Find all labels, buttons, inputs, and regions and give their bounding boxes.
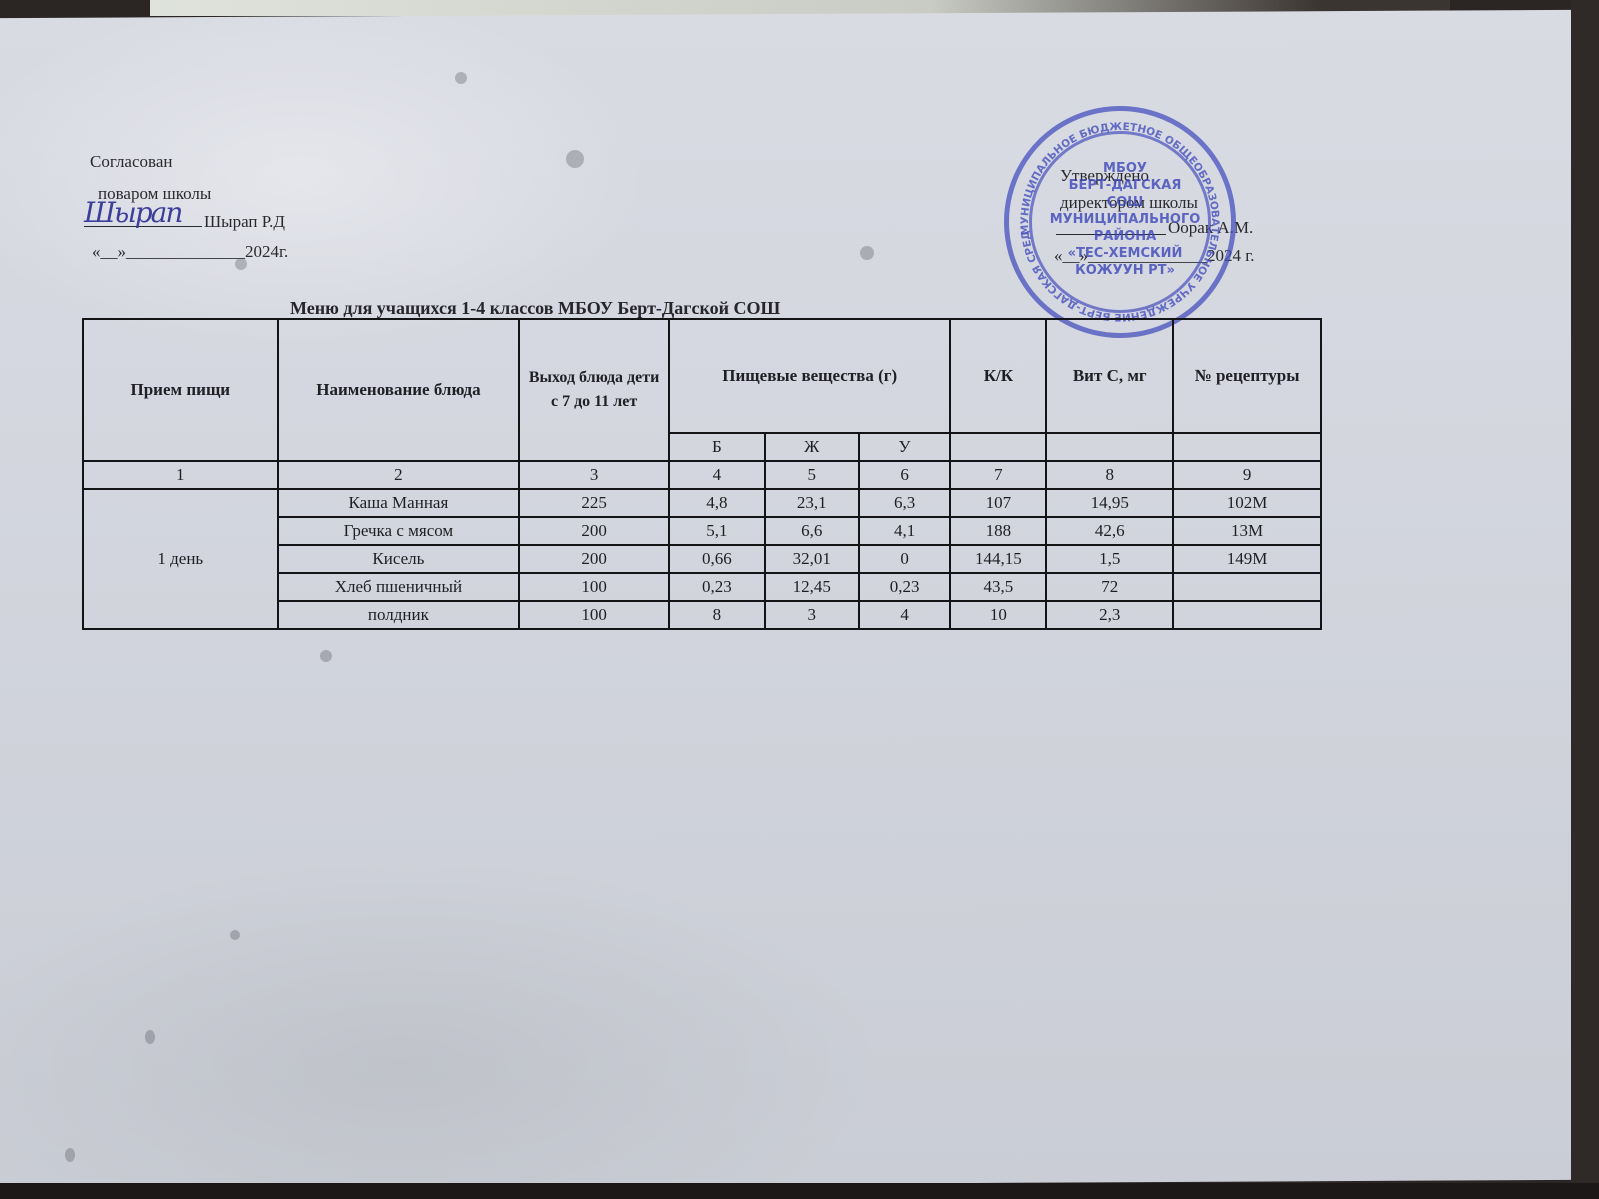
header-recipe: № рецептуры	[1173, 319, 1321, 433]
fat: 3	[765, 601, 859, 629]
agreed-date: «__»______________2024г.	[92, 242, 288, 262]
stamp-line: МУНИЦИПАЛЬНОГО	[1040, 211, 1210, 228]
column-number: 3	[519, 461, 669, 489]
subheader-empty	[1046, 433, 1173, 461]
carbs: 0	[859, 545, 951, 573]
recipe-number	[1173, 573, 1321, 601]
stamp-line: СОШ	[1040, 194, 1210, 211]
carbs: 4	[859, 601, 951, 629]
carbs: 6,3	[859, 489, 951, 517]
column-number: 8	[1046, 461, 1173, 489]
agreed-label: Согласован	[90, 152, 172, 172]
cook-name: Шырап Р.Д	[204, 212, 285, 232]
table-row: 1 день Каша Манная 225 4,8 23,1 6,3 107 …	[83, 489, 1321, 517]
fat: 32,01	[765, 545, 859, 573]
header-nutrients: Пищевые вещества (г)	[669, 319, 951, 433]
subheader-empty	[950, 433, 1046, 461]
vitamin-c: 2,3	[1046, 601, 1173, 629]
day-label: 1 день	[83, 489, 278, 629]
vitamin-c: 14,95	[1046, 489, 1173, 517]
column-number: 9	[1173, 461, 1321, 489]
cook-signature: Шырап	[84, 196, 181, 229]
column-number: 7	[950, 461, 1046, 489]
header-dish: Наименование блюда	[278, 319, 520, 461]
background-edge-bottom	[0, 1183, 1599, 1199]
protein: 0,23	[669, 573, 765, 601]
kcal: 188	[950, 517, 1046, 545]
column-number: 5	[765, 461, 859, 489]
dish-name: Кисель	[278, 545, 520, 573]
header-yield: Выход блюда дети с 7 до 11 лет	[519, 319, 669, 461]
vitamin-c: 42,6	[1046, 517, 1173, 545]
subheader-fat: Ж	[765, 433, 859, 461]
paper-spot	[320, 650, 332, 662]
recipe-number	[1173, 601, 1321, 629]
fat: 23,1	[765, 489, 859, 517]
dish-yield: 200	[519, 545, 669, 573]
stamp-line: БЕРТ-ДАГСКАЯ	[1040, 177, 1210, 194]
paper-spot	[566, 150, 584, 168]
subheader-protein: Б	[669, 433, 765, 461]
dish-yield: 225	[519, 489, 669, 517]
protein: 8	[669, 601, 765, 629]
dish-yield: 200	[519, 517, 669, 545]
subheader-carbs: У	[859, 433, 951, 461]
column-number: 4	[669, 461, 765, 489]
recipe-number: 102М	[1173, 489, 1321, 517]
dish-yield: 100	[519, 601, 669, 629]
paper-spot	[455, 72, 467, 84]
paper-spot	[860, 246, 874, 260]
dish-name: Каша Манная	[278, 489, 520, 517]
column-number: 2	[278, 461, 520, 489]
kcal: 144,15	[950, 545, 1046, 573]
column-number: 1	[83, 461, 278, 489]
menu-table: Прием пищи Наименование блюда Выход блюд…	[82, 318, 1322, 630]
stamp-line: МБОУ	[1040, 160, 1210, 177]
vitamin-c: 1,5	[1046, 545, 1173, 573]
kcal: 107	[950, 489, 1046, 517]
column-numbers-row: 1 2 3 4 5 6 7 8 9	[83, 461, 1321, 489]
kcal: 43,5	[950, 573, 1046, 601]
stamp-line: «ТЕС-ХЕМСКИЙ	[1040, 245, 1210, 262]
stamp-line: РАЙОНА	[1040, 228, 1210, 245]
recipe-number: 13М	[1173, 517, 1321, 545]
paper-spot	[230, 930, 240, 940]
dish-name: полдник	[278, 601, 520, 629]
kcal: 10	[950, 601, 1046, 629]
header-meal: Прием пищи	[83, 319, 278, 461]
header-kcal: К/К	[950, 319, 1046, 433]
vitamin-c: 72	[1046, 573, 1173, 601]
fat: 12,45	[765, 573, 859, 601]
carbs: 4,1	[859, 517, 951, 545]
header-vitc: Вит С, мг	[1046, 319, 1173, 433]
dish-name: Хлеб пшеничный	[278, 573, 520, 601]
dish-name: Гречка с мясом	[278, 517, 520, 545]
fat: 6,6	[765, 517, 859, 545]
paper-spot	[65, 1148, 75, 1162]
stamp-line: КОЖУУН РТ»	[1040, 262, 1210, 279]
dish-yield: 100	[519, 573, 669, 601]
recipe-number: 149М	[1173, 545, 1321, 573]
paper-spot	[145, 1030, 155, 1044]
carbs: 0,23	[859, 573, 951, 601]
protein: 0,66	[669, 545, 765, 573]
document-title: Меню для учащихся 1-4 классов МБОУ Берт-…	[290, 298, 780, 319]
protein: 4,8	[669, 489, 765, 517]
protein: 5,1	[669, 517, 765, 545]
subheader-empty	[1173, 433, 1321, 461]
column-number: 6	[859, 461, 951, 489]
background-edge-right	[1571, 0, 1599, 1199]
stamp-center-text: МБОУ БЕРТ-ДАГСКАЯ СОШ МУНИЦИПАЛЬНОГО РАЙ…	[1040, 160, 1210, 279]
